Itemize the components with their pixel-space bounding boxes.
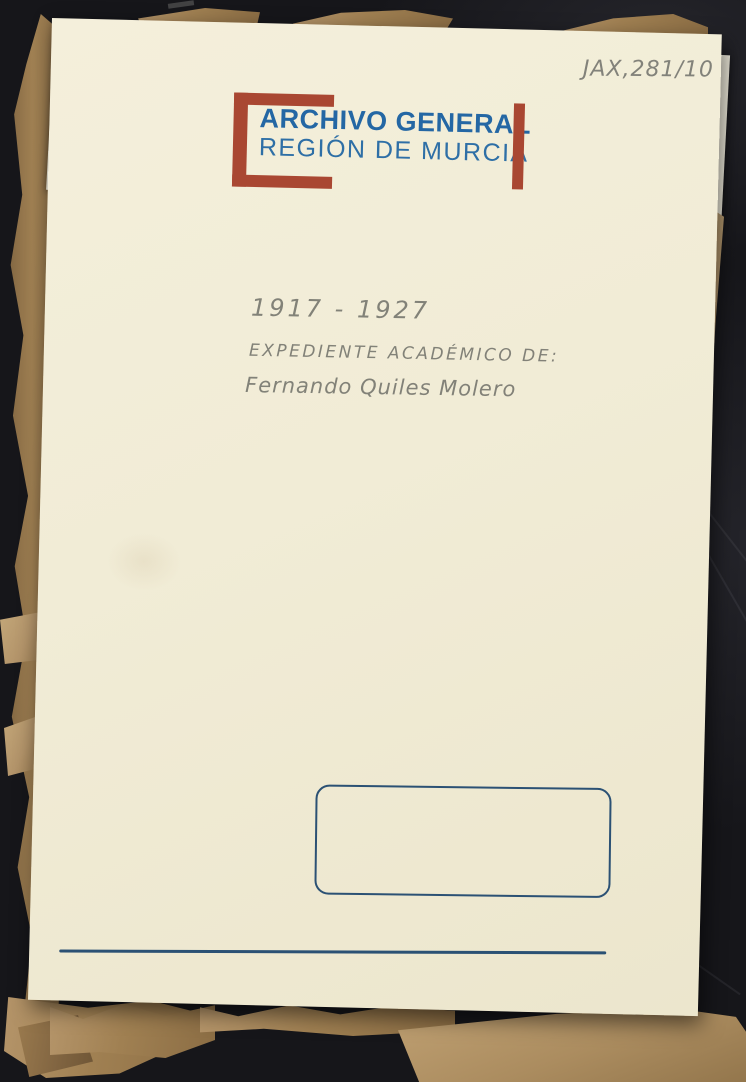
handwritten-heading: EXPEDIENTE ACADÉMICO DE:: [249, 341, 560, 367]
logo-bracket-right-icon: [512, 103, 525, 189]
reference-code: JAX,281/10: [583, 57, 746, 83]
cover-page: JAX,281/10 ARCHIVO GENERAL REGIÓN DE MUR…: [28, 18, 722, 1016]
footer-rule: [59, 949, 606, 954]
background-mark: [168, 0, 194, 9]
handwritten-years: 1917 - 1927: [251, 294, 431, 325]
handwritten-name: Fernando Quiles Molero: [245, 373, 517, 401]
archive-logo: ARCHIVO GENERAL REGIÓN DE MURCIA: [232, 84, 545, 204]
photo-background: JAX,281/10 ARCHIVO GENERAL REGIÓN DE MUR…: [0, 0, 746, 1082]
signature-box: [314, 784, 611, 898]
paper-stain: [106, 532, 181, 592]
logo-text: ARCHIVO GENERAL REGIÓN DE MURCIA: [259, 103, 510, 167]
